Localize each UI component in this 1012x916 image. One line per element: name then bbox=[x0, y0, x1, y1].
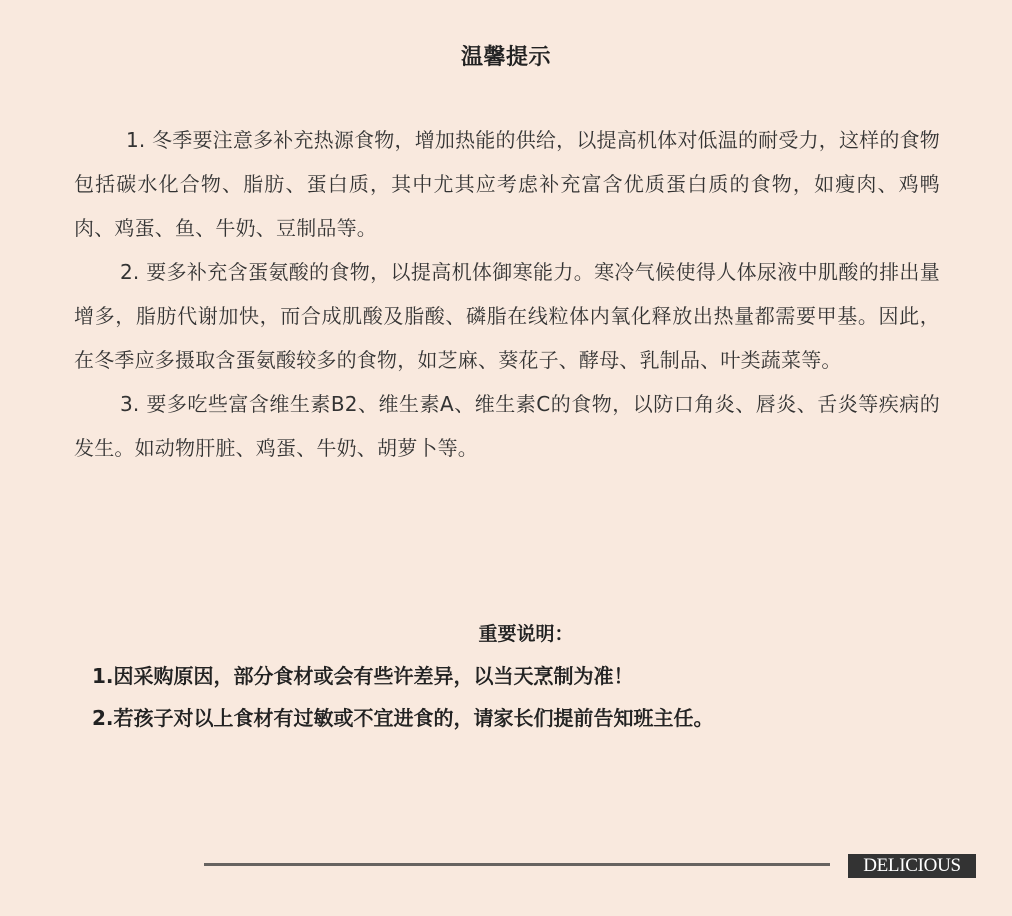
tips-section: 1. 冬季要注意多补充热源食物，增加热能的供给，以提高机体对低温的耐受力，这样的… bbox=[74, 118, 940, 470]
delicious-badge: DELICIOUS bbox=[848, 854, 976, 878]
notes-list: 1.因采购原因，部分食材或会有些许差异，以当天烹制为准！ 2.若孩子对以上食材有… bbox=[92, 655, 714, 739]
notes-title: 重要说明： bbox=[0, 619, 1012, 646]
tip-paragraph-2: 2. 要多补充含蛋氨酸的食物，以提高机体御寒能力。寒冷气候使得人体尿液中肌酸的排… bbox=[74, 250, 940, 382]
note-item-1: 1.因采购原因，部分食材或会有些许差异，以当天烹制为准！ bbox=[92, 655, 714, 697]
tip-paragraph-1: 1. 冬季要注意多补充热源食物，增加热能的供给，以提高机体对低温的耐受力，这样的… bbox=[74, 118, 940, 250]
page-title: 温馨提示 bbox=[0, 40, 1012, 71]
tip-paragraph-3: 3. 要多吃些富含维生素B2、维生素A、维生素C的食物，以防口角炎、唇炎、舌炎等… bbox=[74, 382, 940, 470]
footer-divider bbox=[204, 863, 830, 866]
note-item-2: 2.若孩子对以上食材有过敏或不宜进食的，请家长们提前告知班主任。 bbox=[92, 697, 714, 739]
